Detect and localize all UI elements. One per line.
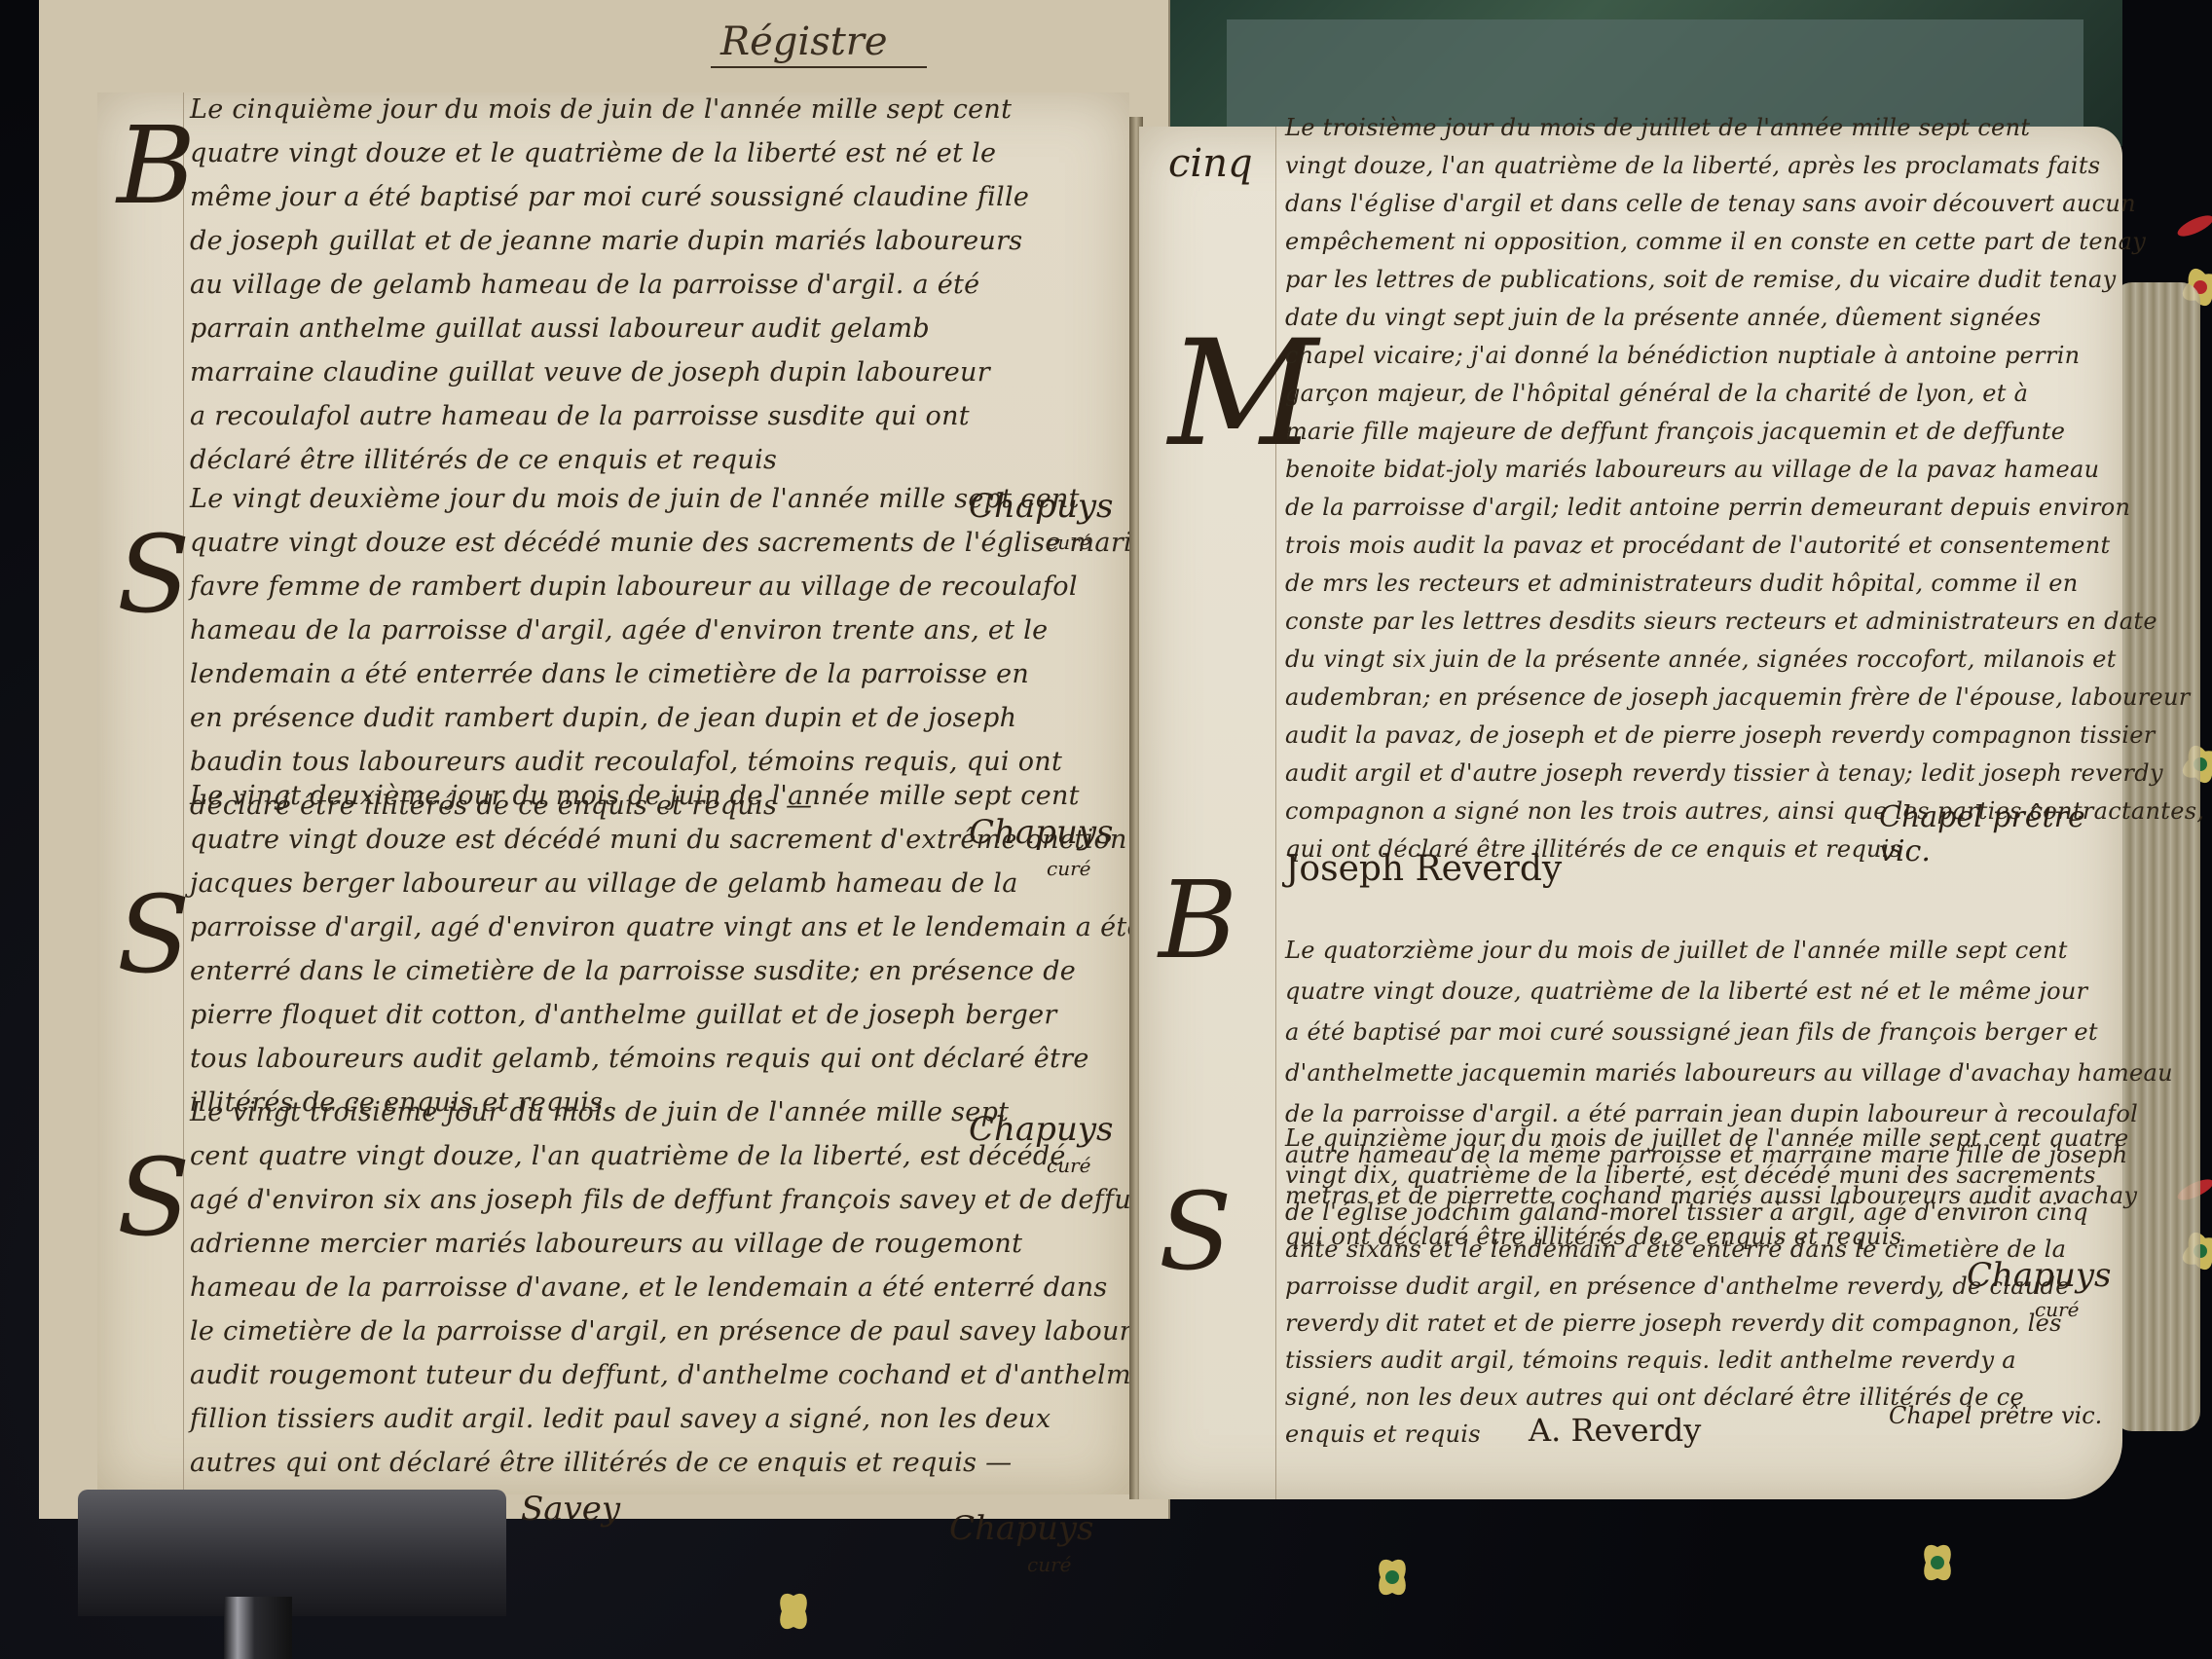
entry-line: vingt dix, quatrième de la liberté, est … — [1285, 1157, 2113, 1194]
signature-title: curé — [1027, 1553, 1071, 1576]
entry-line: parroisse dudit argil, en présence d'ant… — [1285, 1268, 2113, 1305]
entry-marriage-perrin-jacquemin: Le troisième jour du mois de juillet de … — [1285, 109, 2113, 868]
entry-line: chapel vicaire; j'ai donné la bénédictio… — [1285, 337, 2113, 375]
entry-line: marraine claudine guillat veuve de josep… — [190, 350, 1124, 394]
right-page: cinq M Le troisième jour du mois de juil… — [1139, 127, 2122, 1499]
entry-line: de mrs les recteurs et administrateurs d… — [1285, 565, 2113, 603]
margin-mark-burial: S — [1159, 1178, 1232, 1285]
entry-line: cent quatre vingt douze, l'an quatrième … — [190, 1134, 1124, 1178]
entry-line: audit la pavaz, de joseph et de pierre j… — [1285, 717, 2113, 755]
margin-mark-burial: S — [117, 521, 190, 628]
entry-line: favre femme de rambert dupin laboureur a… — [190, 565, 1124, 608]
entry-line: déclaré être illitérés de ce enquis et r… — [190, 438, 1124, 482]
entry-line: tous laboureurs audit gelamb, témoins re… — [190, 1037, 1124, 1081]
margin-mark-baptism: B — [1159, 866, 1237, 974]
left-page: B Le cinquième jour du mois de juin de l… — [97, 92, 1129, 1494]
entry-line: quatre vingt douze est décédé muni du sa… — [190, 818, 1124, 862]
entry-line: a recoulafol autre hameau de la parroiss… — [190, 394, 1124, 438]
entry-line: benoite bidat-joly mariés laboureurs au … — [1285, 451, 2113, 489]
entry-line: parroisse d'argil, agé d'environ quatre … — [190, 905, 1124, 949]
entry-line: enquis et requis — [1285, 1416, 1481, 1453]
entry-line: Le quinzième jour du mois de juillet de … — [1285, 1120, 2113, 1157]
margin-mark-burial: S — [117, 881, 190, 988]
signature-chapuys: Chapuys — [949, 1509, 1094, 1548]
margin-mark-burial: S — [117, 1144, 190, 1251]
fabric-flower-icon — [1358, 1543, 1426, 1611]
entry-line: a été baptisé par moi curé soussigné jea… — [1285, 1012, 2113, 1052]
entry-line: Le troisième jour du mois de juillet de … — [1285, 109, 2113, 147]
margin-rule — [183, 92, 184, 1494]
entry-baptism-claudine-guillat: Le cinquième jour du mois de juin de l'a… — [190, 88, 1124, 482]
entry-line: quatre vingt douze et le quatrième de la… — [190, 131, 1124, 175]
entry-line: jacques berger laboureur au village de g… — [190, 862, 1124, 905]
fabric-flower-icon — [1903, 1529, 1972, 1597]
book-clamp — [78, 1490, 506, 1616]
entry-line: lendemain a été enterrée dans le cimetiè… — [190, 652, 1124, 696]
entry-line: audit argil et d'autre joseph reverdy ti… — [1285, 755, 2113, 793]
entry-line: vingt douze, l'an quatrième de la libert… — [1285, 147, 2113, 185]
entry-burial-jacques-berger: Le vingt deuxième jour du mois de juin d… — [190, 774, 1124, 1124]
entry-line: ante sixans et le lendemain a été enterr… — [1285, 1231, 2113, 1268]
entry-burial-joachim-galand-morel: Le quinzième jour du mois de juillet de … — [1285, 1120, 2113, 1453]
entry-line: de la parroisse d'argil; ledit antoine p… — [1285, 489, 2113, 527]
entry-line: fillion tissiers audit argil. ledit paul… — [190, 1397, 1124, 1441]
entry-line: garçon majeur, de l'hôpital général de l… — [1285, 375, 2113, 413]
entry-line: trois mois audit la pavaz et procédant d… — [1285, 527, 2113, 565]
entry-line: quatre vingt douze est décédé munie des … — [190, 521, 1124, 565]
margin-note-cinq: cinq — [1168, 141, 1253, 186]
page-edges — [2113, 282, 2200, 1431]
entry-line: audembran; en présence de joseph jacquem… — [1285, 679, 2113, 717]
entry-line: du vingt six juin de la présente année, … — [1285, 641, 2113, 679]
entry-line: Le cinquième jour du mois de juin de l'a… — [190, 88, 1124, 131]
entry-line: même jour a été baptisé par moi curé sou… — [190, 175, 1124, 219]
signature-joseph-reverdy: Joseph Reverdy — [1285, 849, 1562, 889]
margin-mark-baptism: B — [117, 112, 196, 219]
book-clamp-stem — [224, 1597, 292, 1659]
signature-savey: Savey — [521, 1490, 620, 1529]
entry-line: parrain anthelme guillat aussi laboureur… — [190, 307, 1124, 350]
entry-line: adrienne mercier mariés laboureurs au vi… — [190, 1222, 1124, 1266]
entry-line: dans l'église d'argil et dans celle de t… — [1285, 185, 2113, 223]
entry-line: empêchement ni opposition, comme il en c… — [1285, 223, 2113, 261]
entry-line: quatre vingt douze, quatrième de la libe… — [1285, 971, 2113, 1012]
entry-line: tissiers audit argil, témoins requis. le… — [1285, 1342, 2113, 1379]
entry-line: date du vingt sept juin de la présente a… — [1285, 299, 2113, 337]
entry-line: marie fille majeure de deffunt françois … — [1285, 413, 2113, 451]
entry-line: agé d'environ six ans joseph fils de def… — [190, 1178, 1124, 1222]
entry-line: pierre floquet dit cotton, d'anthelme gu… — [190, 993, 1124, 1037]
entry-line: hameau de la parroisse d'avane, et le le… — [190, 1266, 1124, 1309]
entry-line: autres qui ont déclaré être illitérés de… — [190, 1441, 1124, 1485]
entry-line: reverdy dit ratet et de pierre joseph re… — [1285, 1305, 2113, 1342]
entry-line: hameau de la parroisse d'argil, agée d'e… — [190, 608, 1124, 652]
signature-chapel: Chapel prêtre vic. — [1889, 1402, 2102, 1429]
signature-chapel: Chapel prêtre vic. — [1879, 800, 2113, 868]
entry-line: en présence dudit rambert dupin, de jean… — [190, 696, 1124, 740]
entry-line: Le vingt troisième jour du mois de juin … — [190, 1090, 1124, 1134]
entry-line: au village de gelamb hameau de la parroi… — [190, 263, 1124, 307]
entry-line: de l'église joachim galand-morel tissier… — [1285, 1194, 2113, 1231]
entry-line: Le vingt deuxième jour du mois de juin d… — [190, 774, 1124, 818]
entry-line: audit rougemont tuteur du deffunt, d'ant… — [190, 1353, 1124, 1397]
entry-line: Le vingt deuxième jour du mois de juin d… — [190, 477, 1124, 521]
fabric-flower-icon — [759, 1577, 828, 1645]
entry-line: enterré dans le cimetière de la parroiss… — [190, 949, 1124, 993]
entry-burial-joseph-savey: Le vingt troisième jour du mois de juin … — [190, 1090, 1124, 1485]
entry-line: conste par les lettres desdits sieurs re… — [1285, 603, 2113, 641]
entry-line: de joseph guillat et de jeanne marie dup… — [190, 219, 1124, 263]
register-header: Régistre — [711, 19, 927, 68]
entry-line: d'anthelmette jacquemin mariés laboureur… — [1285, 1052, 2113, 1093]
entry-line: Le quatorzième jour du mois de juillet d… — [1285, 930, 2113, 971]
entry-line: le cimetière de la parroisse d'argil, en… — [190, 1309, 1124, 1353]
signature-a-reverdy: A. Reverdy — [1529, 1412, 1701, 1449]
entry-line: par les lettres de publications, soit de… — [1285, 261, 2113, 299]
